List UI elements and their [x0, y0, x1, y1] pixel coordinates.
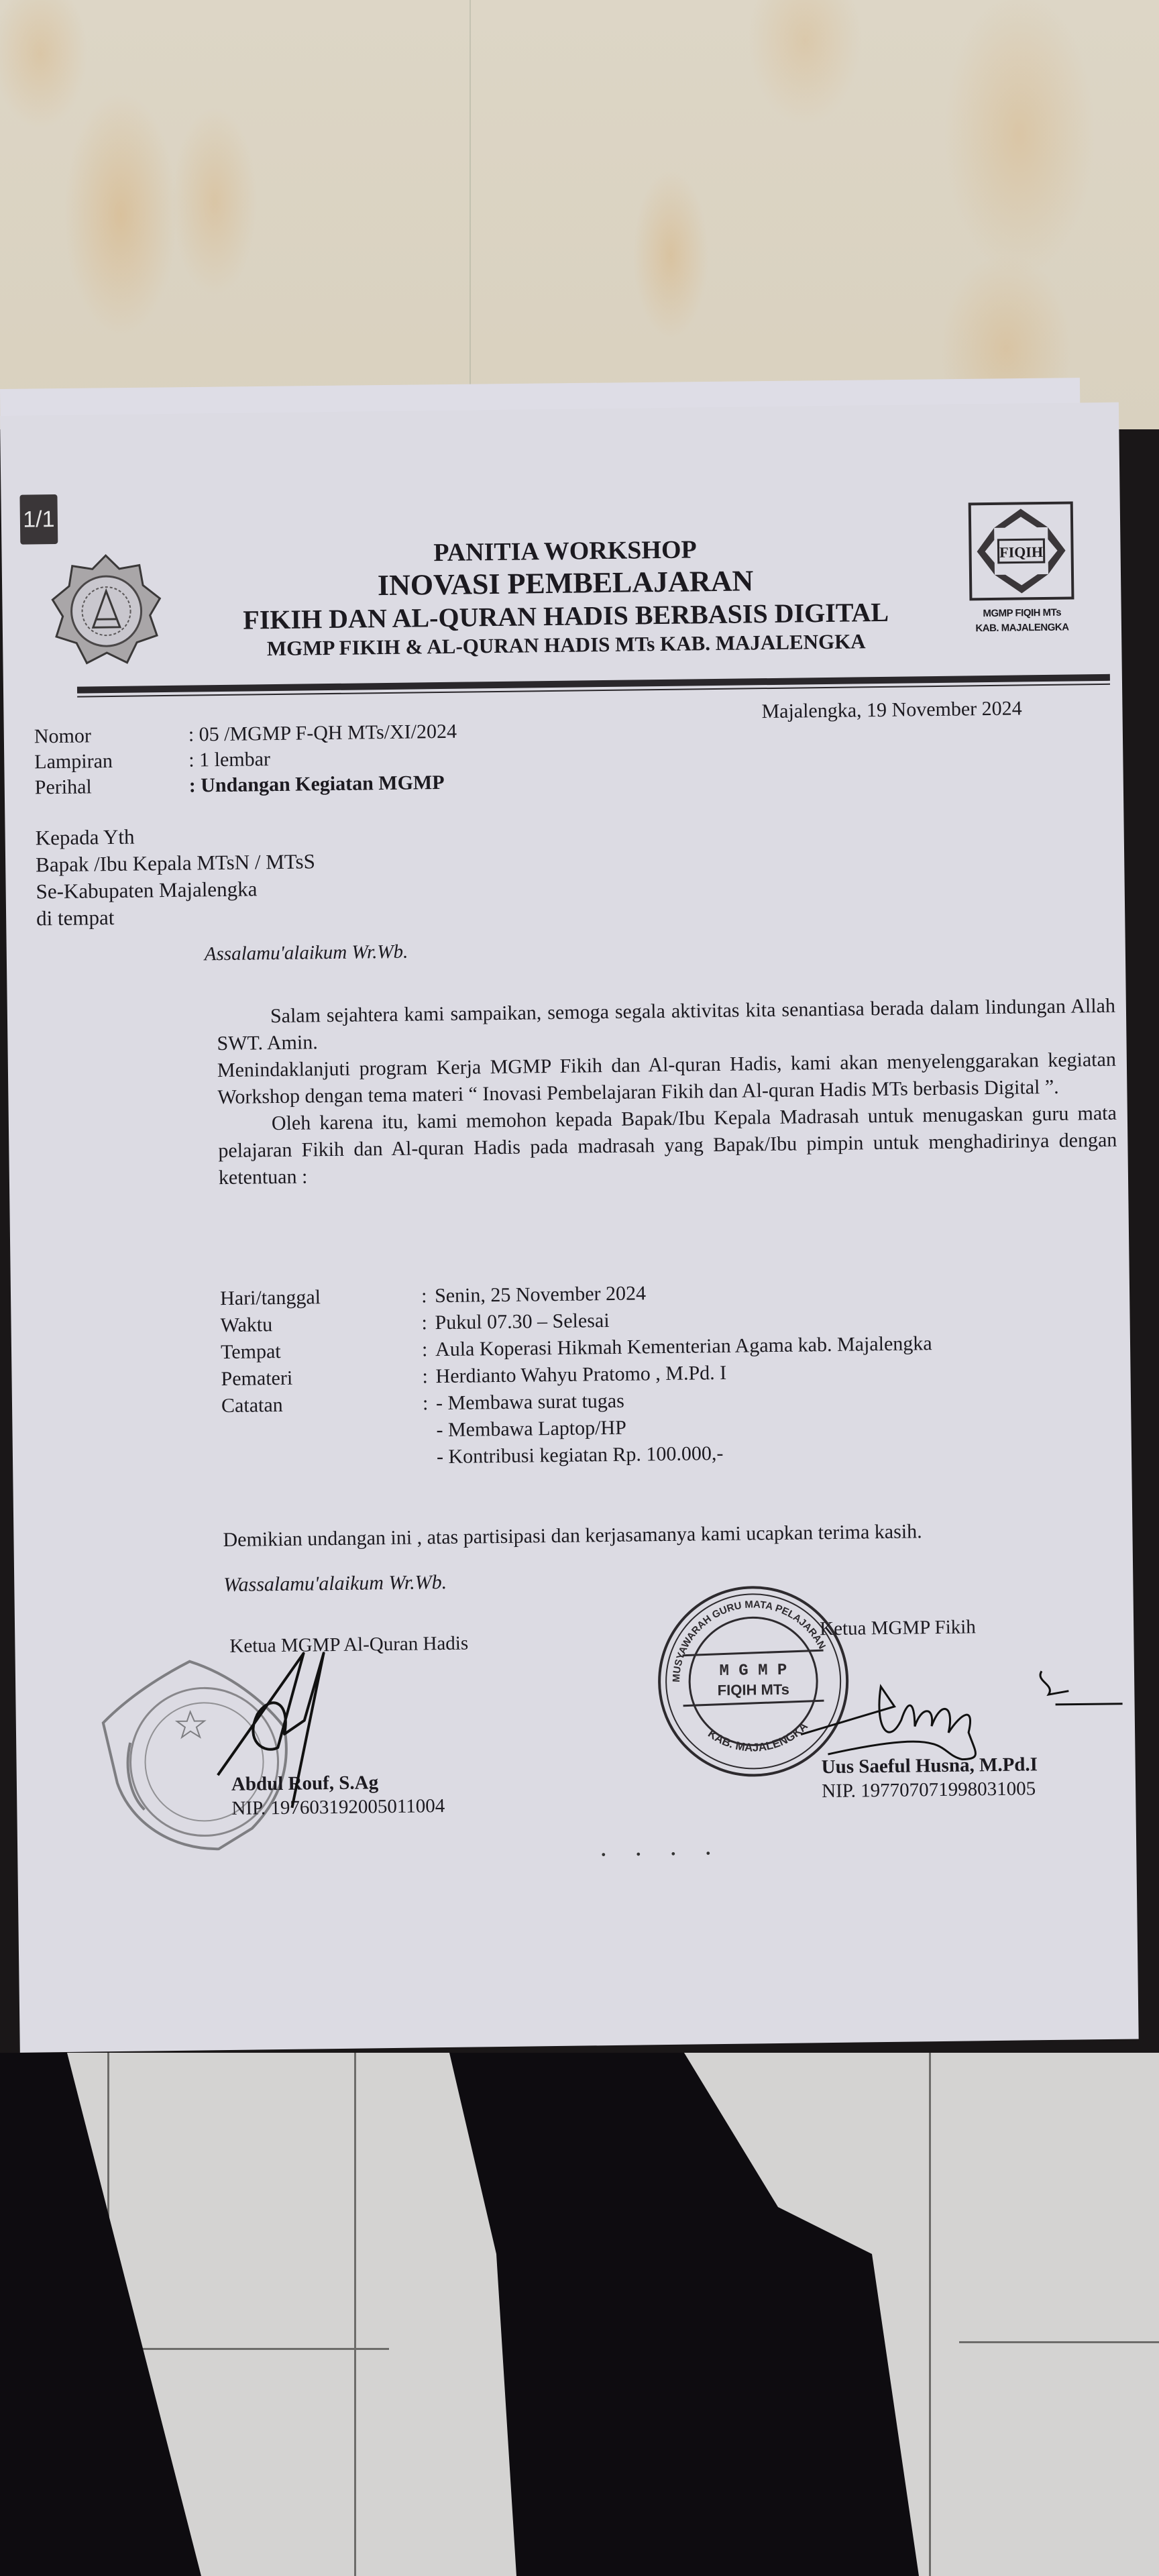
detail-label: Waktu [220, 1309, 421, 1339]
logo-caption-1: MGMP FIQIH MTs [955, 606, 1089, 620]
recipient-block: Kepada Yth Bapak /Ibu Kepala MTsN / MTsS… [35, 821, 316, 932]
recipient-line: di tempat [36, 902, 316, 932]
detail-value: Pukul 07.30 – Selesai [435, 1307, 609, 1336]
detail-label: Catatan [221, 1390, 423, 1473]
svg-text:FIQIH: FIQIH [999, 543, 1043, 561]
wallpaper-background [0, 0, 1159, 429]
letterhead: PANITIA WORKSHOP INOVASI PEMBELAJARAN FI… [196, 532, 935, 663]
letter-body: Salam sejahtera kami sampaikan, semoga s… [217, 993, 1117, 1191]
detail-value: Herdianto Wahyu Pratomo , M.Pd. I [435, 1360, 726, 1390]
meta-value: : Undangan Kegiatan MGMP [189, 770, 445, 799]
page-counter-badge: 1/1 [19, 494, 58, 545]
detail-label: Pemateri [221, 1363, 422, 1393]
opening-greeting: Assalamu'alaikum Wr.Wb. [205, 941, 408, 966]
closing-sentence: Demikian undangan ini , atas partisipasi… [223, 1516, 1121, 1554]
letter-page: 1/1 PANITIA WORKSHOP INOVASI PEMBELAJARA… [0, 402, 1139, 2053]
signature-right-icon [787, 1643, 1137, 1774]
recipient-line: Se-Kabupaten Majalengka [36, 875, 315, 905]
svg-text:FIQIH MTs: FIQIH MTs [718, 1681, 789, 1699]
notes-list: Membawa surat tugas Membawa Laptop/HP Ko… [436, 1387, 724, 1470]
meta-value: : 05 /MGMP F-QH MTs/XI/2024 [188, 719, 457, 748]
body-paragraph-3: Oleh karena itu, kami memohon kepada Bap… [218, 1100, 1117, 1191]
meta-label: Lampiran [34, 748, 188, 775]
note-item: Membawa surat tugas [436, 1387, 723, 1417]
detail-row-notes: Catatan : Membawa surat tugas Membawa La… [221, 1384, 934, 1473]
speckle-dots: • • • • [601, 1846, 724, 1863]
detail-label: Hari/tanggal [220, 1283, 421, 1312]
mgmp-logo: FIQIH MGMP FIQIH MTs KAB. MAJALENGKA [954, 500, 1089, 635]
signatory-title: Ketua MGMP Fikih [820, 1614, 1036, 1641]
meta-row-nomor: Nomor : 05 /MGMP F-QH MTs/XI/2024 [34, 719, 457, 750]
recipient-line: Bapak /Ibu Kepala MTsN / MTsS [36, 848, 315, 878]
meta-value: : 1 lembar [188, 747, 270, 773]
meta-label: Nomor [34, 722, 188, 750]
recipient-line: Kepada Yth [35, 821, 315, 851]
logo-caption-2: KAB. MAJALENGKA [955, 621, 1089, 635]
letter-meta: Nomor : 05 /MGMP F-QH MTs/XI/2024 Lampir… [34, 719, 458, 801]
note-item: Kontribusi kegiatan Rp. 100.000,- [437, 1440, 724, 1470]
valediction: Wassalamu'alaikum Wr.Wb. [223, 1571, 447, 1597]
madrasah-seal-icon [48, 551, 164, 667]
shadow-foot [349, 2053, 952, 2576]
event-details: Hari/tanggal : Senin, 25 November 2024 W… [220, 1277, 934, 1473]
meta-label: Perihal [35, 773, 189, 801]
svg-text:M G M P: M G M P [719, 1662, 787, 1680]
tiled-floor [0, 2053, 1159, 2576]
note-item: Membawa Laptop/HP [436, 1413, 723, 1444]
meta-row-perihal: Perihal : Undangan Kegiatan MGMP [35, 770, 458, 801]
place-date: Majalengka, 19 November 2024 [761, 697, 1022, 723]
mgmp-fiqih-logo-icon: FIQIH [967, 500, 1076, 602]
detail-label: Tempat [221, 1336, 422, 1366]
signatory-nip: NIP. 197707071998031005 [822, 1776, 1038, 1803]
signature-left-icon [203, 1639, 379, 1815]
detail-value: Senin, 25 November 2024 [435, 1280, 646, 1309]
